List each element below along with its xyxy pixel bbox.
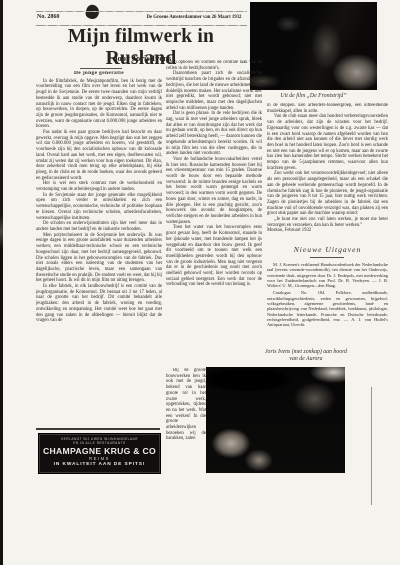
photo-caption-bottom-line1: Joris Ivens (met zonkap) aan boord xyxy=(240,349,372,355)
advert-box: VERLANGT BIJ UWEN WIJNHANDELAAR EN IN AL… xyxy=(38,433,161,474)
body-paragraph: In de Sovjetunie staat der jonge generat… xyxy=(36,193,162,222)
body-paragraph: Het is wel een sterk contrast met de wer… xyxy=(36,181,162,192)
advert-brand: CHAMPAGNE KRUG & CO xyxy=(39,446,160,456)
article-signoff: Moskou, Februari 1932 xyxy=(267,228,388,234)
body-paragraph: In de filmfabriek, de Mesjrabpomfilm, be… xyxy=(36,79,162,130)
scan-edge-strip xyxy=(0,0,3,565)
photo-caption-top: Uit de film „De Frontstrijd” xyxy=(250,93,377,99)
body-paragraph: Voor de hollandsche bouwvakarbeiders ver… xyxy=(166,157,262,225)
section-heading-nieuwe-uitgaven: Nieuwe Uitgaven xyxy=(267,245,388,254)
newspaper-page: No. 2860 De Groene Amsterdammer van 26 M… xyxy=(0,0,400,565)
publication-item: Catalogus No. 184. Folklore, oudheidkund… xyxy=(267,290,388,327)
body-paragraph: De scholen en onderwijsinstituten zijn h… xyxy=(36,221,162,232)
body-paragraph: Zoo werkt ook het verantwoordelijkheidsg… xyxy=(267,171,388,217)
advert-line-2: EN IN ALLE RESTAURANTS xyxy=(39,441,160,445)
new-publications-text: M. J. Koenen's verklarend Handwoordenboe… xyxy=(267,262,388,344)
film-still-photo xyxy=(250,2,377,90)
byline-divider xyxy=(80,68,122,69)
section-heading-jonge-generatie: De jonge generatie xyxy=(36,71,162,77)
body-paragraph: Daaromheen paart zich de socialistische … xyxy=(166,71,262,111)
body-paragraph: Pas nadat ik een paar groote bedrijven h… xyxy=(36,130,162,181)
column-divider-line xyxy=(371,387,372,505)
advert-divider xyxy=(36,428,160,430)
advert-slogan: IN KWALITEIT AAN DE SPITS! xyxy=(39,462,160,467)
camera-photo xyxy=(206,367,345,473)
publication-item: M. J. Koenen's verklarend Handwoordenboe… xyxy=(267,262,388,288)
header-rule-top xyxy=(36,11,247,12)
section-divider xyxy=(310,257,344,258)
column-3-text: in de steppen. Een arbeiders-tooneelgroe… xyxy=(267,103,388,244)
photo-caption-bottom-line2: van de Aurora xyxy=(240,356,372,362)
column-2-text: schen opbouw en vormen de centrale taak … xyxy=(166,60,262,366)
body-paragraph: in de steppen. Een arbeiders-tooneelgroe… xyxy=(267,103,388,114)
body-paragraph: Dat is geen phrase. In de vele bedrijven… xyxy=(166,111,262,157)
column-1-text: De jonge generatie In de filmfabriek, de… xyxy=(36,71,162,425)
body-paragraph: Men polytechniseert in de Sovjetunie het… xyxy=(36,233,162,284)
scan-artifact-blob xyxy=(84,3,101,20)
body-paragraph: Toen het water van het bouwcomplex eens … xyxy=(166,225,262,288)
body-paragraph: Van de club staan meer dan honderd verbe… xyxy=(267,114,388,171)
column-2-text-narrow: Bij de groote bouwwerken ben ik ook met … xyxy=(166,368,206,472)
body-paragraph: In elke fabriek, in elk landbouwbedrijf … xyxy=(36,284,162,324)
body-paragraph: schen opbouw en vormen de centrale taak … xyxy=(166,60,262,71)
issue-number: No. 2860 xyxy=(37,14,59,20)
advert-city: REIMS xyxy=(39,456,160,461)
body-paragraph: „Je kunt me niet zoo vuil laten werken, … xyxy=(267,217,388,228)
masthead-title: De Groene Amsterdammer van 26 Maart 1932 xyxy=(138,15,250,20)
body-paragraph: Bij de groote bouwwerken ben ik ook met … xyxy=(166,368,206,442)
